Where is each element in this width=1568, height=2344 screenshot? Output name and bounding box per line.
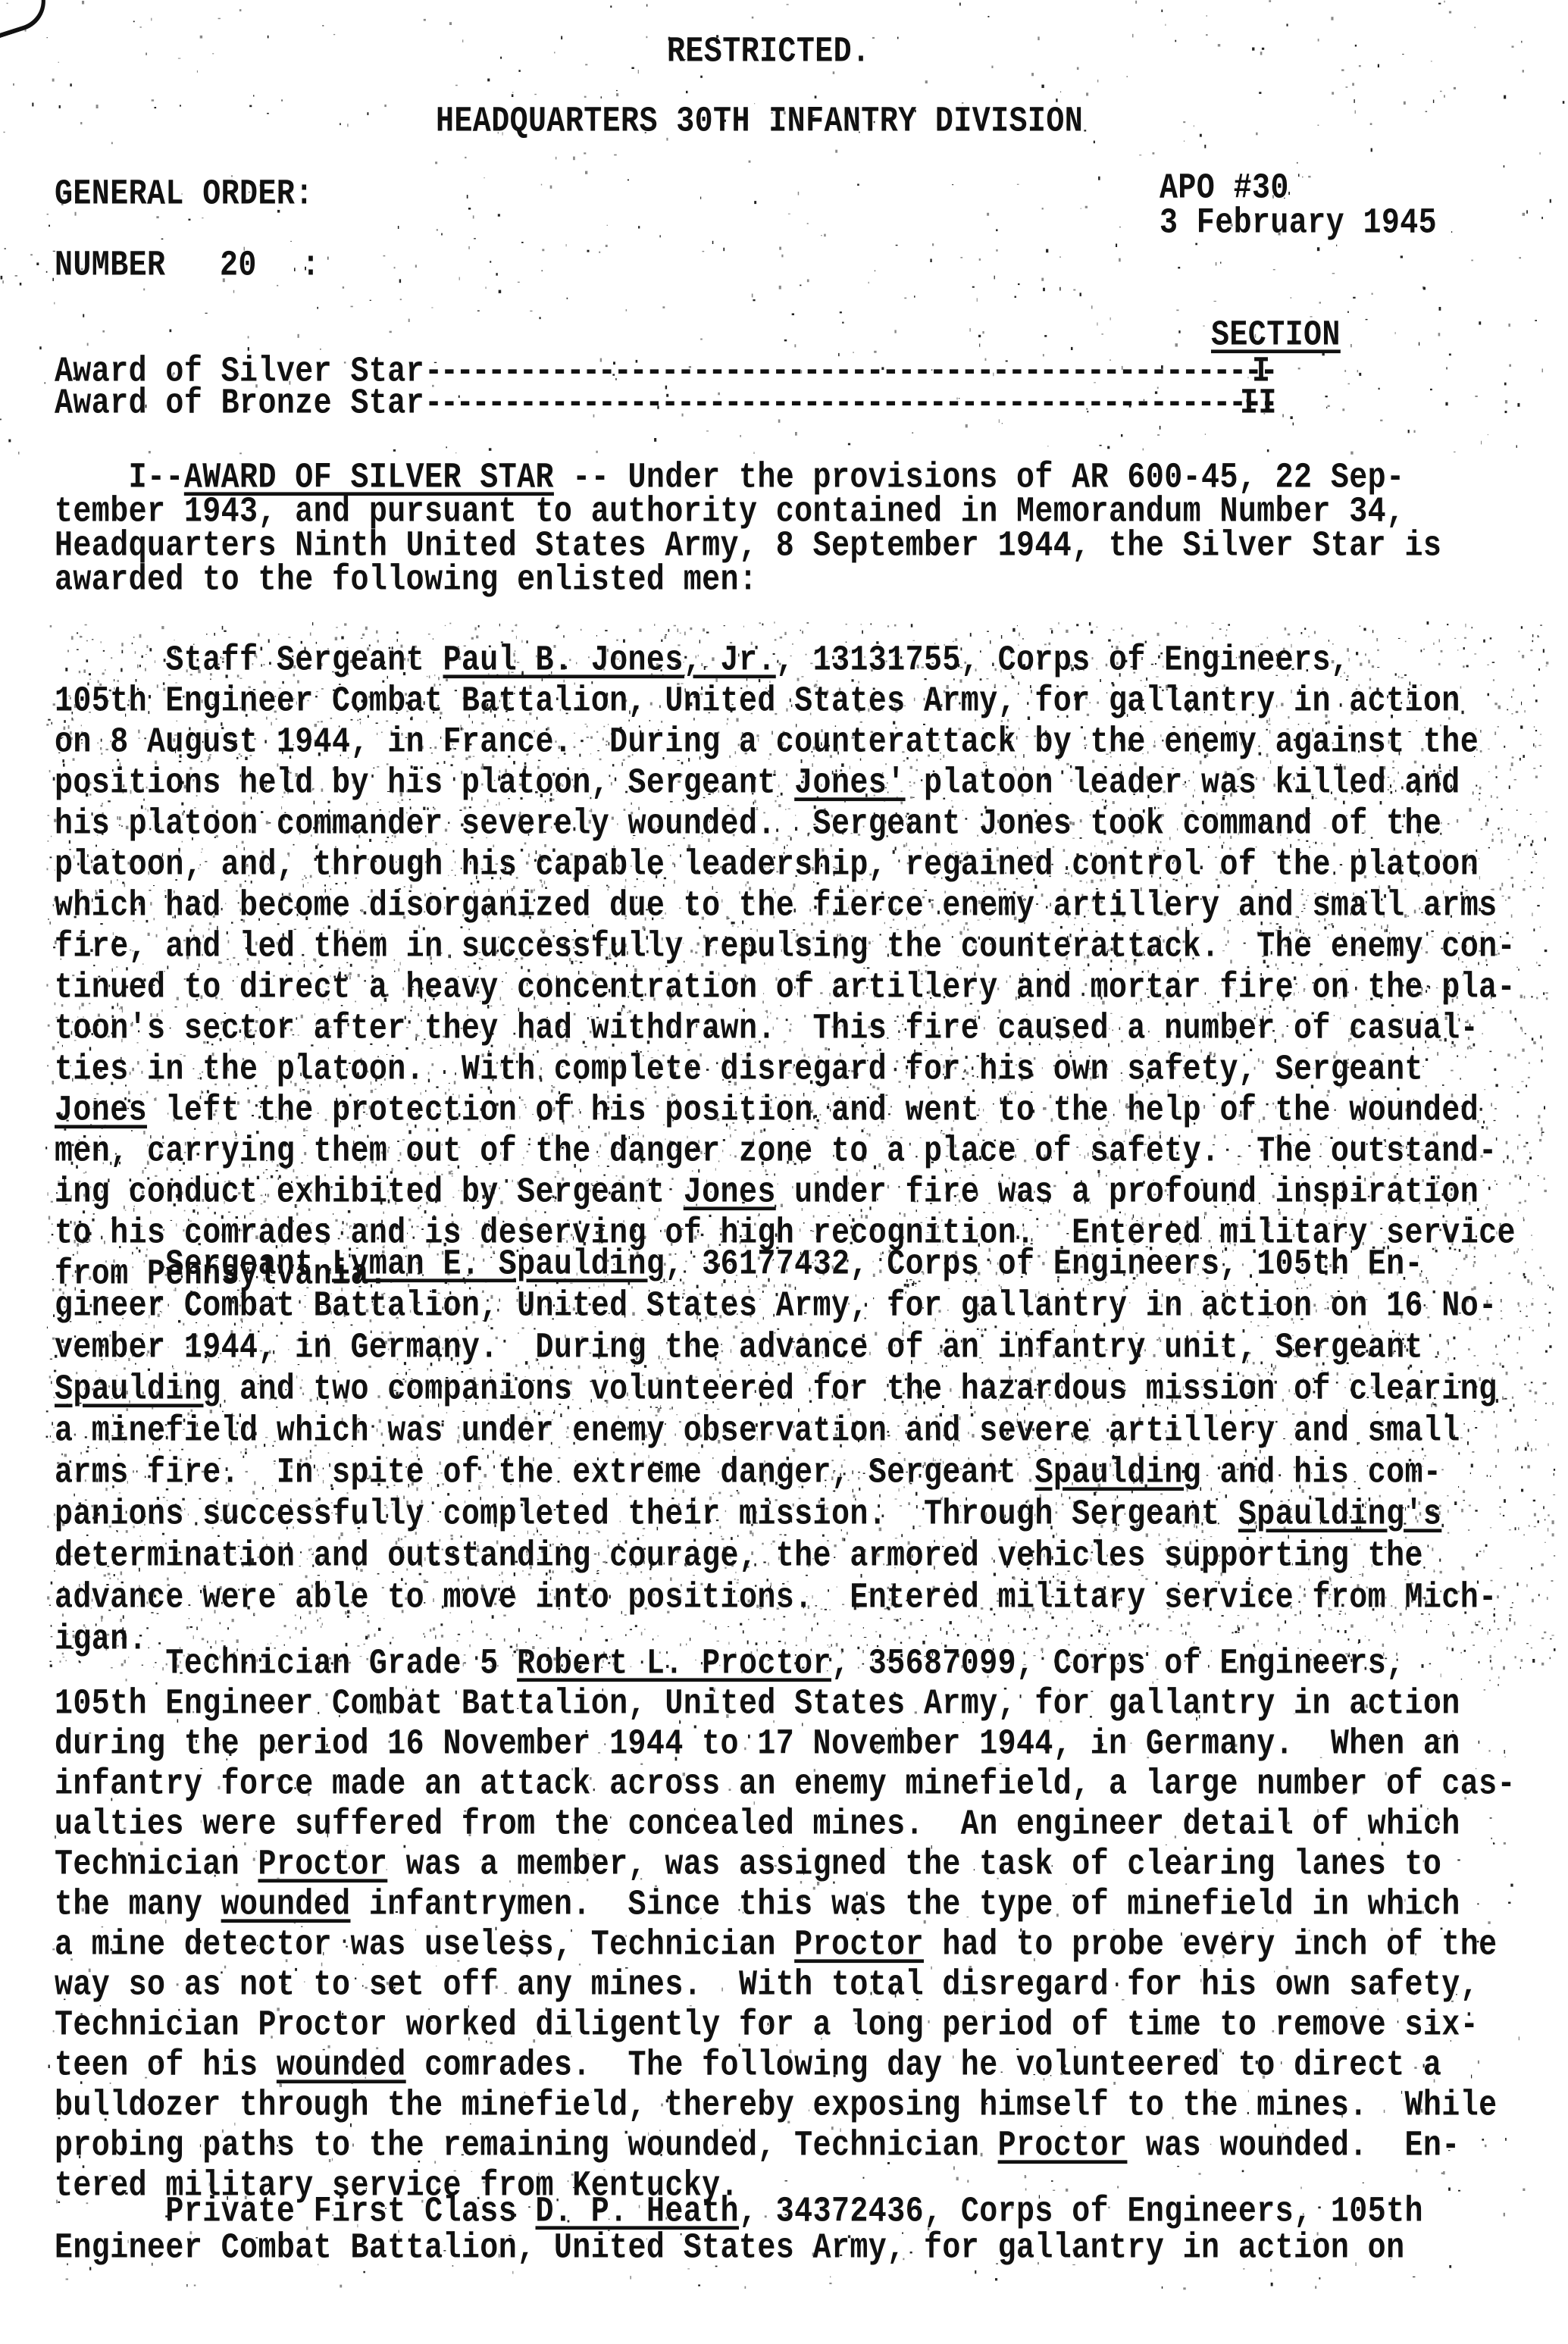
paragraph-line: a mine detector was useless, Technician … <box>55 1924 1498 1967</box>
line-text: infantrymen. Since this was the type of … <box>350 1886 1460 1926</box>
underlined-name: wounded <box>221 1886 351 1926</box>
line-text: platoon leader was killed and <box>906 764 1460 804</box>
line-text: probing paths to the remaining wounded, … <box>55 2126 998 2167</box>
line-text: and two companions volunteered for the h… <box>221 1370 1498 1410</box>
paragraph-line: during the period 16 November 1944 to 17… <box>55 1723 1460 1767</box>
paragraph-line: men, carrying them out of the danger zon… <box>55 1131 1498 1174</box>
paragraph-line: the many wounded infantrymen. Since this… <box>55 1884 1460 1927</box>
line-text: platoon, and, through his capable leader… <box>55 846 1479 886</box>
line-text: Technician <box>55 1845 258 1886</box>
contents-entry: Award of Bronze Star--------------------… <box>55 383 1276 426</box>
line-text: teen of his <box>55 2046 277 2086</box>
line-text: tinued to direct a heavy concentration o… <box>55 969 1516 1009</box>
line-text: ing conduct exhibited by Sergeant <box>55 1173 684 1213</box>
paragraph-line: gineer Combat Battalion, United States A… <box>55 1285 1498 1328</box>
line-text: infantry force made an attack across an … <box>55 1765 1516 1805</box>
line-text: awarded to the following enlisted men: <box>55 561 757 601</box>
classification-marking: RESTRICTED. <box>667 31 870 74</box>
line-text: a mine detector was useless, Technician <box>55 1926 794 1966</box>
line-text: Sergeant <box>55 1245 332 1285</box>
line-text: , 34372436, Corps of Engineers, 105th <box>739 2192 1423 2233</box>
line-text: Engineer Combat Battalion, United States… <box>55 2229 1405 2269</box>
paragraph-line: on 8 August 1944, in France. During a co… <box>55 721 1479 765</box>
number-label: NUMBER <box>55 245 165 288</box>
paragraph-line: panions successfully completed their mis… <box>55 1494 1441 1537</box>
contents-entry-title: Award of Bronze Star <box>55 384 424 424</box>
paragraph-line: ing conduct exhibited by Sergeant Jones … <box>55 1172 1479 1215</box>
line-text: arms fire. In spite of the extreme dange… <box>55 1454 1034 1494</box>
paragraph-line: vember 1944, in Germany. During the adva… <box>55 1327 1423 1370</box>
paragraph-line: fire, and led them in successfully repul… <box>55 926 1516 969</box>
paragraph-line: toon's sector after they had withdrawn. … <box>55 1008 1479 1051</box>
line-text: gineer Combat Battalion, United States A… <box>55 1287 1498 1327</box>
paragraph-line: Technician Proctor was a member, was ass… <box>55 1844 1441 1887</box>
paragraph-line: ualties were suffered from the concealed… <box>55 1804 1460 1847</box>
line-text: left the protection of his position and … <box>147 1091 1479 1131</box>
paragraph-line: Sergeant Lyman E. Spaulding, 36177432, C… <box>55 1244 1423 1287</box>
paragraph-line: Technician Grade 5 Robert L. Proctor, 35… <box>55 1643 1405 1686</box>
line-text: fire, and led them in successfully repul… <box>55 928 1516 968</box>
line-text: his platoon commander severely wounded. … <box>55 805 1441 845</box>
line-text: toon's sector after they had withdrawn. … <box>55 1009 1479 1050</box>
order-date: 3 February 1945 <box>1160 202 1437 246</box>
line-text: , 35687099, Corps of Engineers, <box>831 1645 1405 1685</box>
line-text: was a member, was assigned the task of c… <box>387 1845 1441 1886</box>
underlined-name: wounded <box>277 2046 406 2086</box>
line-text: comrades. The following day he volunteer… <box>406 2046 1442 2086</box>
paragraph-line: ties in the platoon. With complete disre… <box>55 1049 1423 1092</box>
line-text: positions held by his platoon, Sergeant <box>55 764 794 804</box>
underlined-name: Jones <box>684 1173 776 1213</box>
paragraph-line: platoon, and, through his capable leader… <box>55 844 1479 887</box>
underlined-name: Spaulding <box>1034 1454 1201 1494</box>
underlined-name: D. P. Heath <box>536 2192 739 2233</box>
line-text: on 8 August 1944, in France. During a co… <box>55 723 1479 763</box>
paragraph-line: his platoon commander severely wounded. … <box>55 803 1441 847</box>
contents-leader-dashes: ----------------------------------------… <box>424 384 1275 424</box>
number-colon: : <box>302 245 320 288</box>
line-text: and his com- <box>1201 1454 1441 1494</box>
paragraph-line: 105th Engineer Combat Battalion, United … <box>55 1683 1460 1726</box>
paragraph-line: a minefield which was under enemy observ… <box>55 1410 1460 1454</box>
line-text: 105th Engineer Combat Battalion, United … <box>55 682 1460 722</box>
paragraph-line: way so as not to set off any mines. With… <box>55 1964 1479 2008</box>
paragraph-line: which had become disorganized due to the… <box>55 885 1498 928</box>
paragraph-line: awarded to the following enlisted men: <box>55 559 757 602</box>
line-text: during the period 16 November 1944 to 17… <box>55 1725 1460 1765</box>
line-text: , 13131755, Corps of Engineers, <box>776 641 1350 681</box>
line-text: determination and outstanding courage, t… <box>55 1537 1423 1577</box>
line-text: advance were able to move into positions… <box>55 1579 1498 1619</box>
paragraph-line: Staff Sergeant Paul B. Jones, Jr., 13131… <box>55 640 1349 683</box>
paragraph-line: Jones left the protection of his positio… <box>55 1090 1479 1133</box>
general-order-label: GENERAL ORDER: <box>55 174 314 217</box>
paragraph-line: probing paths to the remaining wounded, … <box>55 2125 1460 2168</box>
line-text: panions successfully completed their mis… <box>55 1495 1238 1535</box>
paragraph-line: positions held by his platoon, Sergeant … <box>55 762 1460 806</box>
line-text: Technician Proctor worked diligently for… <box>55 2006 1479 2046</box>
underlined-name: Jones <box>55 1091 147 1131</box>
line-text: Private First Class <box>55 2192 536 2233</box>
line-text: , 36177432, Corps of Engineers, 105th En… <box>665 1245 1423 1285</box>
paragraph-line: tinued to direct a heavy concentration o… <box>55 967 1516 1010</box>
contents-section-number: II <box>1240 383 1277 426</box>
paragraph-line: bulldozer through the minefield, thereby… <box>55 2085 1498 2128</box>
line-text: a minefield which was under enemy observ… <box>55 1412 1460 1452</box>
underlined-name: Proctor <box>998 2126 1128 2167</box>
underlined-name: Spaulding's <box>1238 1495 1441 1535</box>
line-text: the many <box>55 1886 221 1926</box>
paragraph-line: infantry force made an attack across an … <box>55 1763 1516 1807</box>
scanned-general-order-page: RESTRICTED. HEADQUARTERS 30TH INFANTRY D… <box>0 0 1568 2344</box>
paragraph-line: teen of his wounded comrades. The follow… <box>55 2045 1441 2088</box>
line-text: Staff Sergeant <box>55 641 443 681</box>
line-text: bulldozer through the minefield, thereby… <box>55 2086 1498 2126</box>
underlined-name: Jones' <box>794 764 905 804</box>
line-text: Technician Grade 5 <box>55 1645 517 1685</box>
line-text: way so as not to set off any mines. With… <box>55 1966 1479 2006</box>
line-text: had to probe every inch of the <box>924 1926 1498 1966</box>
line-text: men, carrying them out of the danger zon… <box>55 1132 1498 1172</box>
underlined-name: Robert L. Proctor <box>517 1645 831 1685</box>
paragraph-line: Engineer Combat Battalion, United States… <box>55 2227 1405 2270</box>
order-number: 20 <box>220 245 257 288</box>
line-text: ualties were suffered from the concealed… <box>55 1805 1460 1845</box>
line-text: 105th Engineer Combat Battalion, United … <box>55 1685 1460 1725</box>
underlined-name: Spaulding <box>55 1370 221 1410</box>
paragraph-line: Technician Proctor worked diligently for… <box>55 2004 1479 2048</box>
line-text: ties in the platoon. With complete disre… <box>55 1050 1423 1091</box>
paragraph-line: arms fire. In spite of the extreme dange… <box>55 1452 1441 1495</box>
line-text: which had become disorganized due to the… <box>55 887 1498 927</box>
paragraph-line: advance were able to move into positions… <box>55 1577 1498 1620</box>
underlined-name: Proctor <box>258 1845 387 1886</box>
underlined-name: Proctor <box>794 1926 924 1966</box>
line-text: under fire was a profound inspiration <box>776 1173 1479 1213</box>
paragraph-line: determination and outstanding courage, t… <box>55 1535 1423 1579</box>
issuing-unit-heading: HEADQUARTERS 30TH INFANTRY DIVISION <box>436 101 1083 144</box>
paragraph-line: Spaulding and two companions volunteered… <box>55 1369 1498 1412</box>
line-text: vember 1944, in Germany. During the adva… <box>55 1328 1423 1369</box>
paragraph-line: 105th Engineer Combat Battalion, United … <box>55 681 1460 724</box>
underlined-name: Paul B. Jones, Jr. <box>443 641 775 681</box>
underlined-name: Lyman E. Spaulding <box>332 1245 665 1285</box>
corner-ink-mark <box>0 0 53 38</box>
line-text: was wounded. En- <box>1127 2126 1460 2167</box>
